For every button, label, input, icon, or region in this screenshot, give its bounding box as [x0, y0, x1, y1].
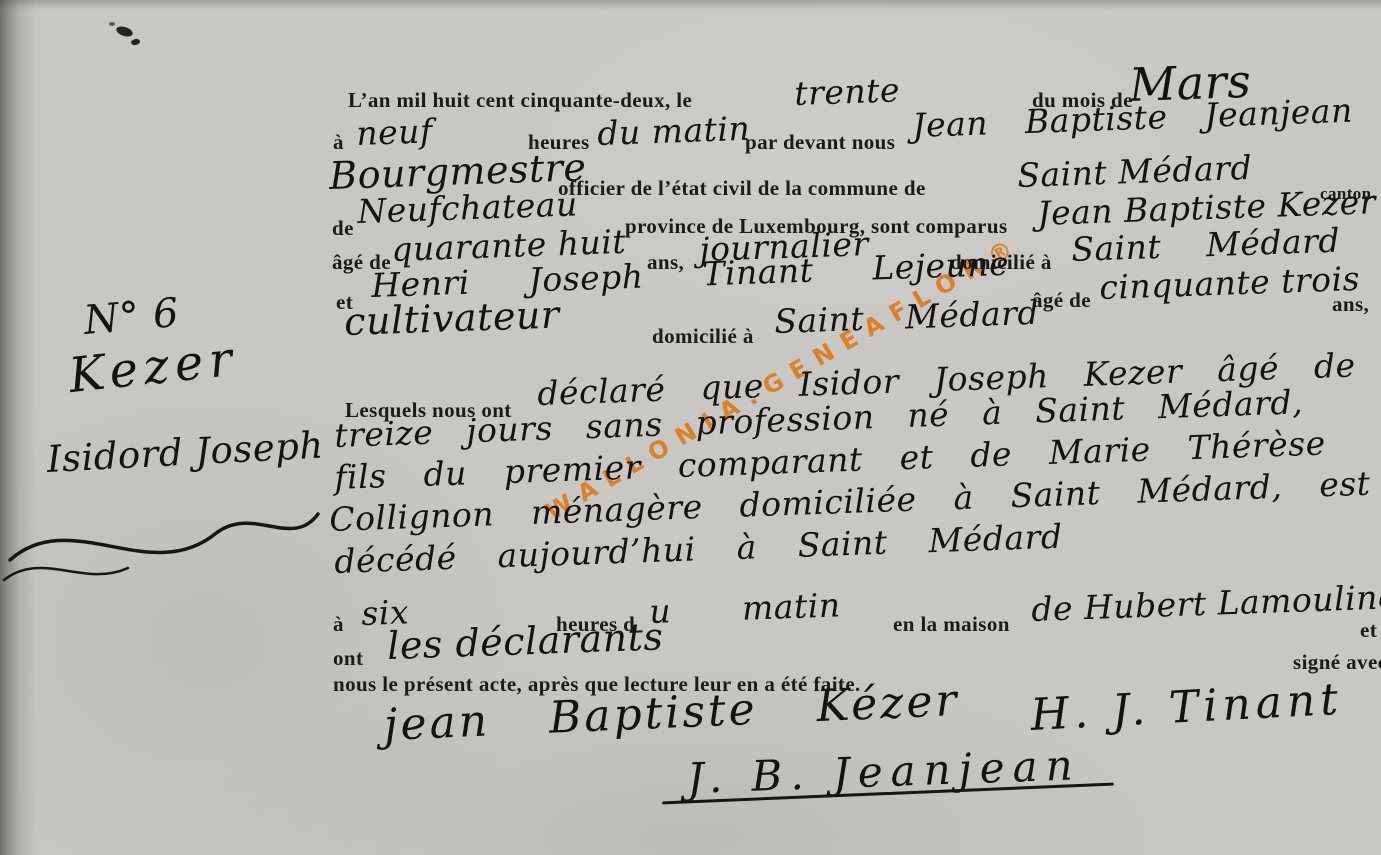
hw-declarant2-residence: Saint Médard: [774, 293, 1040, 341]
ink-speck: [109, 22, 115, 26]
printed-residing2: domicilié à: [652, 324, 754, 349]
printed-before-us: par devant nous: [745, 130, 895, 155]
ink-speck: [115, 25, 134, 39]
printed-signed-with: signé avec: [1293, 650, 1381, 675]
printed-years2: ans,: [1332, 292, 1369, 317]
printed-and2: et: [1360, 618, 1377, 643]
hw-house-owner: de Hubert Lamouline: [1031, 577, 1381, 629]
hw-death-morning: u matin: [649, 585, 842, 631]
printed-of: de: [332, 216, 354, 241]
signature-declarant2: H. J. Tinant: [1029, 674, 1344, 741]
hw-morning: du matin: [597, 109, 751, 153]
hw-hour: neuf: [356, 111, 434, 153]
margin-flourish: [0, 488, 330, 598]
margin-act-number: N° 6: [82, 290, 181, 344]
hw-officer-name: Jean Baptiste Jeanjean: [912, 91, 1354, 145]
printed-have: ont: [333, 646, 363, 671]
hw-the-declarants: les déclarants: [386, 614, 664, 668]
printed-at2: à: [333, 612, 344, 637]
printed-aged2: âgé de: [1032, 288, 1091, 313]
scan-top-edge: [0, 0, 1381, 10]
hw-declarant2-occupation: cultivateur: [343, 293, 560, 344]
printed-year-phrase: L’an mil huit cent cinquante-deux, le: [348, 88, 692, 113]
hw-declarant2-age: cinquante trois: [1099, 259, 1361, 307]
death-record-scan: WALLONIA.GENEAFLOR® N° 6 Kezer Isidord J…: [0, 0, 1381, 855]
margin-given-names: Isidord Joseph: [46, 424, 325, 481]
printed-in-house: en la maison: [893, 612, 1010, 637]
printed-at: à: [333, 130, 344, 155]
hw-day-number: trente: [794, 70, 901, 113]
ink-speck: [130, 38, 140, 46]
printed-civil-officer: officier de l’état civil de la commune d…: [558, 176, 926, 201]
scan-left-edge: [0, 0, 36, 855]
